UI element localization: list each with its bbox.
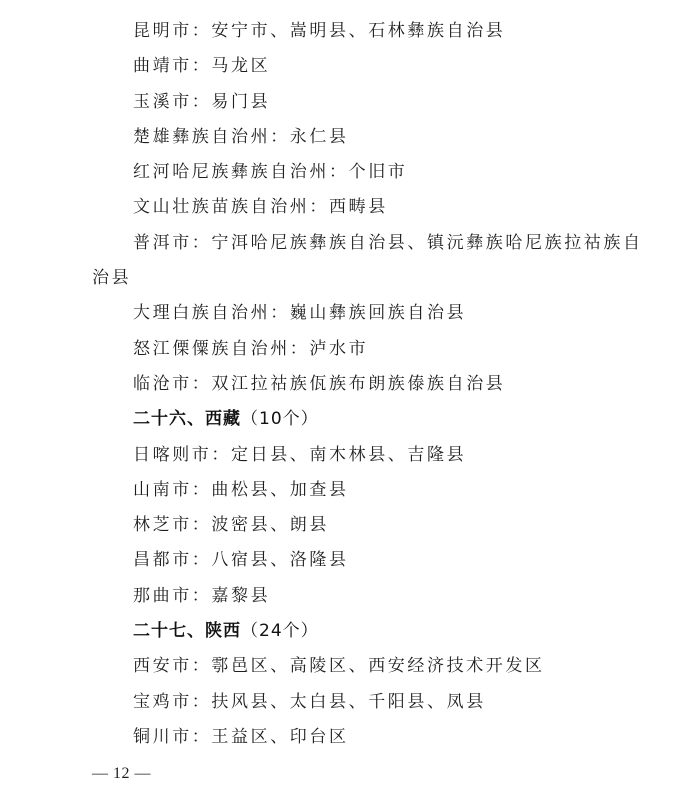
section-count: （24个） <box>241 621 319 641</box>
list-item-xian: 西安市：鄠邑区、高陵区、西安经济技术开发区 <box>92 649 612 684</box>
page-number: — 12 — <box>92 762 151 786</box>
list-item-puer-continued: 治县 <box>92 261 612 296</box>
section-title: 二十六、西藏 <box>133 409 241 429</box>
list-item-kunming: 昆明市：安宁市、嵩明县、石林彝族自治县 <box>92 14 612 49</box>
list-item-wenshan: 文山壮族苗族自治州：西畴县 <box>92 190 612 225</box>
list-item-dali: 大理白族自治州：巍山彝族回族自治县 <box>92 296 612 331</box>
document-page: 昆明市：安宁市、嵩明县、石林彝族自治县 曲靖市：马龙区 玉溪市：易门县 楚雄彝族… <box>0 0 700 794</box>
list-item-honghe: 红河哈尼族彝族自治州：个旧市 <box>92 155 612 190</box>
list-item-qujing: 曲靖市：马龙区 <box>92 49 612 84</box>
section-heading-tibet: 二十六、西藏（10个） <box>92 402 612 437</box>
list-item-shigatse: 日喀则市：定日县、南木林县、吉隆县 <box>92 438 612 473</box>
section-count: （10个） <box>241 409 319 429</box>
list-item-lincang: 临沧市：双江拉祜族佤族布朗族傣族自治县 <box>92 367 612 402</box>
section-title: 二十七、陕西 <box>133 621 241 641</box>
section-heading-shaanxi: 二十七、陕西（24个） <box>92 614 612 649</box>
list-item-nyingchi: 林芝市：波密县、朗县 <box>92 508 612 543</box>
list-item-qamdo: 昌都市：八宿县、洛隆县 <box>92 543 612 578</box>
list-item-baoji: 宝鸡市：扶风县、太白县、千阳县、凤县 <box>92 685 612 720</box>
list-item-nujiang: 怒江傈僳族自治州：泸水市 <box>92 332 612 367</box>
document-body: 昆明市：安宁市、嵩明县、石林彝族自治县 曲靖市：马龙区 玉溪市：易门县 楚雄彝族… <box>92 14 612 755</box>
list-item-nagqu: 那曲市：嘉黎县 <box>92 579 612 614</box>
list-item-puer: 普洱市：宁洱哈尼族彝族自治县、镇沅彝族哈尼族拉祜族自 <box>92 226 612 261</box>
list-item-chuxiong: 楚雄彝族自治州：永仁县 <box>92 120 612 155</box>
list-item-tongchuan: 铜川市：王益区、印台区 <box>92 720 612 755</box>
list-item-yuxi: 玉溪市：易门县 <box>92 85 612 120</box>
list-item-shannan: 山南市：曲松县、加查县 <box>92 473 612 508</box>
